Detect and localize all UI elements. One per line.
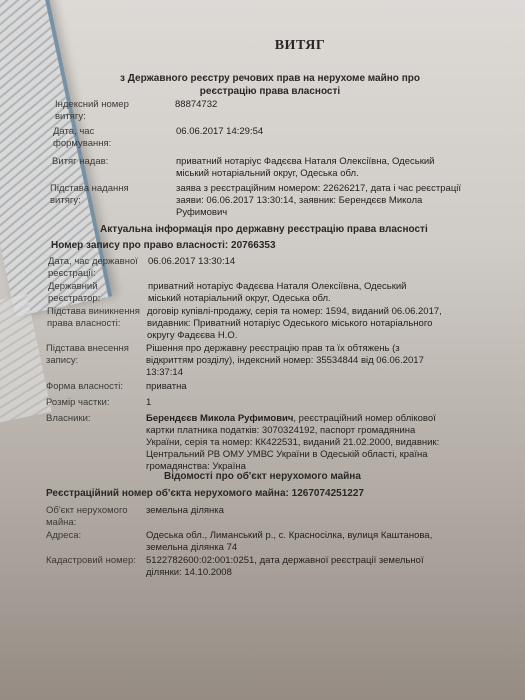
- document-title: ВИТЯГ: [0, 38, 525, 54]
- field-value: приватна: [146, 381, 446, 393]
- field-label: Індексний номер витягу:: [55, 99, 135, 123]
- field-value: Берендєєв Микола Руфимович, реєстраційни…: [146, 413, 446, 473]
- field-value: договір купівлі-продажу, серія та номер:…: [147, 306, 447, 342]
- field-label: Підстава внесення запису:: [46, 343, 141, 367]
- field-value: заява з реєстраційним номером: 22626217,…: [176, 183, 476, 219]
- field-value: приватний нотаріус Фадєєва Наталя Олексі…: [176, 156, 466, 180]
- field-value: 1: [146, 397, 446, 409]
- field-label: Підстава надання витягу:: [50, 183, 130, 207]
- field-value: Рішення про державну реєстрацію прав та …: [146, 343, 446, 379]
- extract-document: ВИТЯГ з Державного реєстру речових прав …: [0, 0, 525, 700]
- field-label: Форма власності:: [46, 381, 141, 393]
- field-label: Державний реєстратор:: [48, 281, 143, 305]
- field-label: Кадастровий номер:: [46, 555, 141, 567]
- field-value: 5122782600:02:001:0251, дата державної р…: [146, 555, 446, 579]
- field-label: Дата, час державної реєстрації:: [48, 256, 143, 280]
- property-section-heading: Відомості про об'єкт нерухомого майна: [164, 471, 361, 482]
- document-subtitle: з Державного реєстру речових прав на нер…: [110, 72, 430, 98]
- field-label: Об'єкт нерухомого майна:: [46, 505, 131, 529]
- field-value: приватний нотаріус Фадєєва Наталя Олексі…: [148, 281, 438, 305]
- ownership-section-heading: Актуальна інформація про державну реєстр…: [100, 224, 428, 235]
- field-value: 06.06.2017 14:29:54: [176, 126, 476, 138]
- field-label: Дата, час формування:: [53, 126, 128, 150]
- field-value: 88874732: [175, 99, 475, 111]
- field-label: Витяг надав:: [52, 156, 147, 168]
- owner-name: Берендєєв Микола Руфимович: [146, 413, 293, 424]
- ownership-record-number: Номер запису про право власності: 207663…: [51, 240, 276, 251]
- field-label: Власники:: [46, 413, 141, 425]
- field-label: Адреса:: [46, 530, 141, 542]
- property-registration-number: Реєстраційний номер об'єкта нерухомого м…: [46, 488, 364, 499]
- field-value: земельна ділянка: [146, 505, 446, 517]
- field-label: Розмір частки:: [46, 397, 141, 409]
- field-label: Підстава виникнення права власності:: [47, 306, 142, 330]
- field-value: 06.06.2017 13:30:14: [148, 256, 448, 268]
- field-value: Одеська обл., Лиманський р., с. Красносі…: [146, 530, 456, 554]
